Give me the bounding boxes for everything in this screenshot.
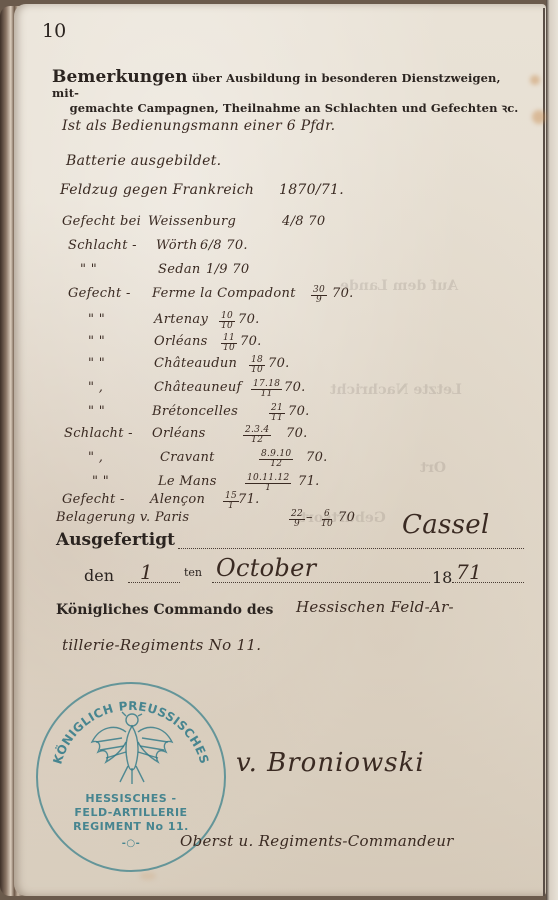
year-written: 71 <box>456 560 482 584</box>
issued-month: October <box>216 554 316 582</box>
eagle-icon <box>86 706 176 788</box>
battle-entry: " , Cravant 8.9.1012 70. <box>88 450 103 465</box>
day-line <box>128 582 180 583</box>
foxing-stain <box>530 75 540 85</box>
battle-entry: " , Châteauneuf 17.1811 70. <box>88 380 103 395</box>
bleed-through-text: Ort <box>420 460 446 476</box>
issued-place-line <box>178 548 524 549</box>
ten-label: ten <box>184 566 202 579</box>
battle-entry: Gefecht - Alençon 151 71. <box>62 492 125 507</box>
battle-entry: Belagerung v. Paris 229 – 610 70 <box>56 510 189 525</box>
year-printed: 18 <box>432 568 452 587</box>
command-unit-line2: tillerie-Regiments No 11. <box>62 636 261 654</box>
issued-place: Cassel <box>402 510 490 540</box>
foxing-stain <box>532 110 546 124</box>
heading-lead-word: Bemerkungen <box>52 67 188 87</box>
bleed-through-text: Auf dem Lande <box>340 278 458 294</box>
battle-entry: Gefecht bei Weissenburg 4/8 70 <box>62 214 141 229</box>
battle-entry: " " Orléans 1110 70. <box>88 334 105 349</box>
battle-entry: " " Le Mans 10.11.121 71. <box>92 474 109 489</box>
issued-label: Ausgefertigt <box>56 530 175 550</box>
signature-title: Oberst u. Regiments-Commandeur <box>180 832 454 850</box>
page-fold <box>543 8 545 896</box>
bleed-through-text: Letzte Nachricht <box>330 382 462 398</box>
adjacent-page-edge <box>546 0 558 900</box>
heading-line2: gemachte Campagnen, Theilnahme an Schlac… <box>52 101 522 116</box>
stamp-line2: FELD-ARTILLERIE <box>38 806 224 819</box>
foxing-stain <box>140 872 156 880</box>
remark-line: Batterie ausgebildet. <box>66 153 221 169</box>
issued-day: 1 <box>140 560 153 584</box>
den-label: den <box>84 566 114 585</box>
battle-entry: Schlacht - Orléans 2.3.412 70. <box>64 426 133 441</box>
signature: v. Broniowski <box>236 748 425 778</box>
stamp-line1: HESSISCHES - <box>38 792 224 805</box>
remark-line: Ist als Bedienungsmann einer 6 Pfdr. <box>62 118 335 134</box>
battle-entry: " " Châteaudun 1810 70. <box>88 356 105 371</box>
battle-entry: " " Artenay 1010 70. <box>88 312 105 327</box>
battle-entry: " " Brétoncelles 2111 70. <box>88 404 105 419</box>
page-number: 10 <box>42 20 66 42</box>
command-unit-line1: Hessischen Feld-Ar- <box>296 598 454 616</box>
remark-line: Feldzug gegen Frankreich 1870/71. <box>60 182 344 198</box>
section-heading: Bemerkungen über Ausbildung in besondere… <box>52 70 522 116</box>
month-line <box>212 582 430 583</box>
battle-entry: " " Sedan 1/9 70 <box>80 262 97 277</box>
command-label: Königliches Commando des <box>56 602 273 618</box>
battle-entry: Gefecht - Ferme la Compadont 309 70. <box>68 286 131 301</box>
battle-entry: Schlacht - Wörth 6/8 70. <box>68 238 137 253</box>
